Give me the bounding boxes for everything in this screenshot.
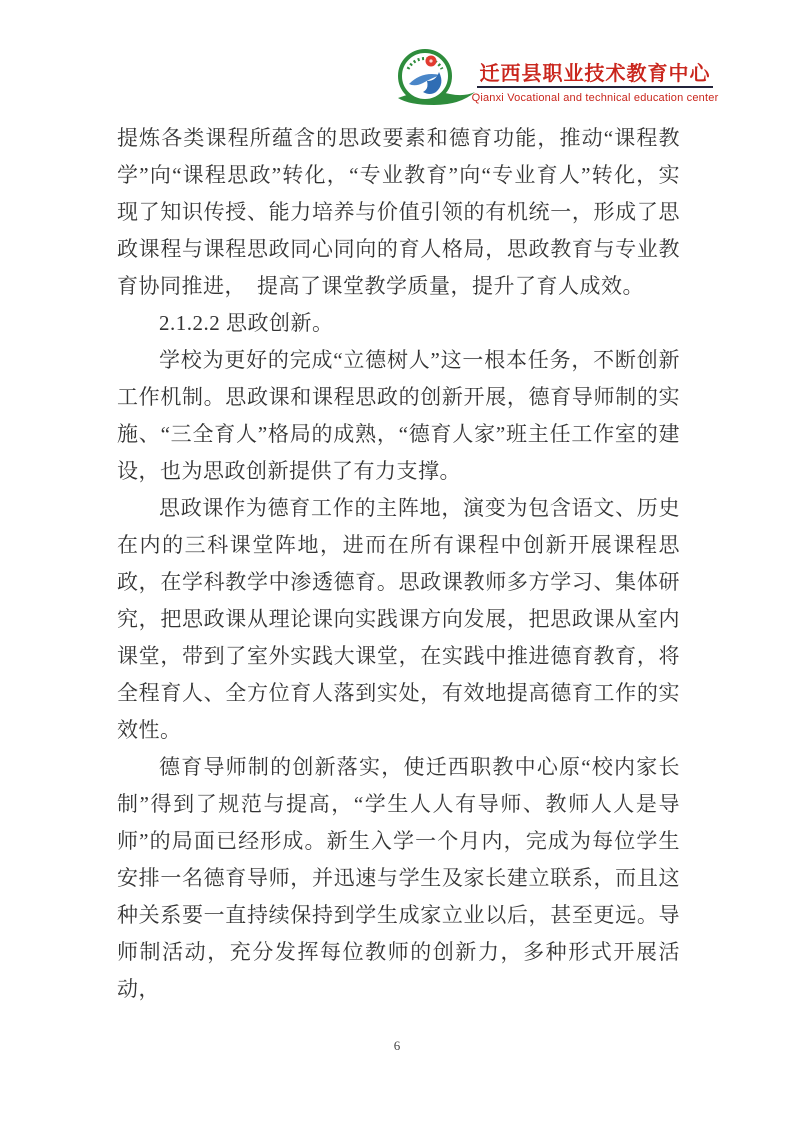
page-number: 6 [0,1038,794,1054]
document-page: 迁西县职业技术教育中心 Qianxi Vocational and techni… [0,0,794,1123]
paragraph: 思政课作为德育工作的主阵地，演变为包含语文、历史在内的三科课堂阵地，进而在所有课… [117,490,680,749]
document-body: 提炼各类课程所蕴含的思政要素和德育功能，推动“课程教学”向“课程思政”转化，“专… [117,120,680,1008]
org-name-en: Qianxi Vocational and technical educatio… [468,92,722,104]
school-logo-icon [394,48,478,112]
logo-blossom-center [429,59,432,62]
section-heading: 2.1.2.2 思政创新。 [117,305,680,342]
paragraph: 德育导师制的创新落实，使迁西职教中心原“校内家长制”得到了规范与提高，“学生人人… [117,749,680,1008]
header-divider [477,86,713,88]
paragraph: 学校为更好的完成“立德树人”这一根本任务，不断创新工作机制。思政课和课程思政的创… [117,342,680,490]
org-name-zh: 迁西县职业技术教育中心 [476,57,714,86]
paragraph: 提炼各类课程所蕴含的思政要素和德育功能，推动“课程教学”向“课程思政”转化，“专… [117,120,680,305]
